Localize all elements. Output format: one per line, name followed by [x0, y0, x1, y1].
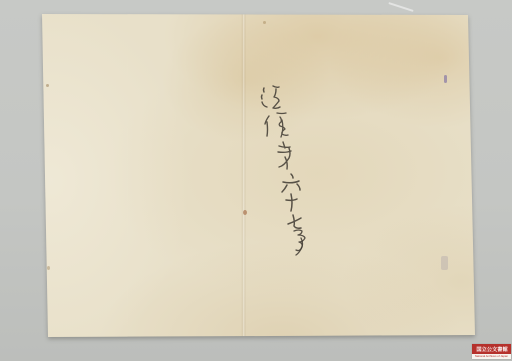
fold-crease: [241, 14, 246, 337]
scan-background: 法律第六十七号 国立公文書館 National Archives of Japa…: [0, 0, 512, 361]
handwritten-text-value: 法律第六十七号: [0, 0, 1, 1]
paper-shadow: 法律第六十七号: [0, 0, 512, 361]
foxing-spot: [263, 21, 266, 24]
document-page: 法律第六十七号: [0, 0, 512, 361]
archive-stamp: 国立公文書館 National Archives of Japan: [472, 344, 511, 359]
ink-stain: [444, 75, 447, 83]
stamp-kanji-band: 国立公文書館: [472, 344, 511, 354]
stamp-kanji-text: 国立公文書館: [476, 346, 507, 351]
stamp-english-band: National Archives of Japan: [472, 354, 511, 359]
ink-stain: [441, 256, 448, 270]
foxing-spot: [47, 266, 50, 270]
handwritten-title-calligraphy: [250, 78, 314, 260]
foxing-spot: [46, 84, 49, 87]
stamp-english-text: National Archives of Japan: [475, 355, 508, 358]
foxing-spot: [243, 210, 247, 215]
